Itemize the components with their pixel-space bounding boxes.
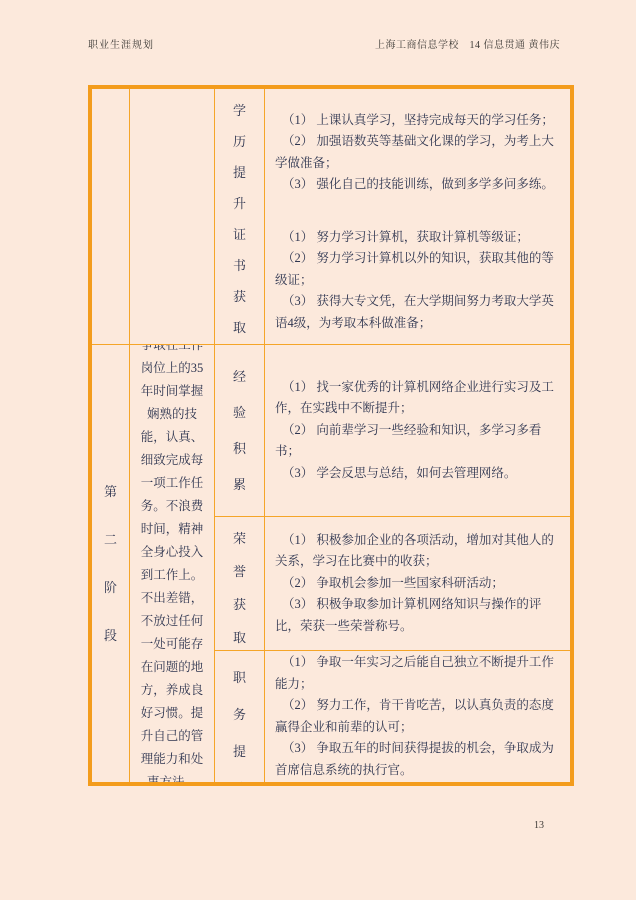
education-certificate-content: （1） 上课认真学习，坚持完成每天的学习任务； （2） 加强语数英等基础文化课的… (265, 89, 570, 345)
honors-item-2: （2） 争取机会参加一些国家科研活动； (275, 573, 562, 595)
experience-item-2: （2） 向前辈学习一些经验和知识，多学习多看书； (275, 420, 562, 463)
career-plan-table: 学历提升证书获取 （1） 上课认真学习，坚持完成每天的学习任务； （2） 加强语… (88, 85, 574, 786)
honors-label: 荣誉获取 (232, 517, 247, 651)
promotion-label: 职务提升 (232, 651, 247, 782)
experience-label: 经验积累 (232, 345, 247, 503)
education-certificate-label: 学历提升证书获取 (232, 89, 247, 343)
row-label-education-certificate: 学历提升证书获取 (215, 89, 265, 345)
experience-item-3: （3） 学会反思与总结，如何去管理网络。 (275, 463, 562, 485)
honors-content: （1） 积极参加企业的各项活动，增加对其他人的关系，学习在比赛中的收获； （2）… (265, 517, 570, 651)
stage-label-cell: 第二阶段 (92, 345, 130, 782)
document-page: 职业生涯规划 上海工商信息学校 14 信息贯通 黄伟庆 学历提升证书获取 （1）… (0, 0, 636, 900)
certificate-items-group: （1） 努力学习计算机，获取计算机等级证； （2） 努力学习计算机以外的知识，获… (265, 217, 570, 345)
row-label-experience: 经验积累 (215, 345, 265, 517)
experience-content: （1） 找一家优秀的计算机网络企业进行实习及工作，在实践中不断提升； （2） 向… (265, 345, 570, 517)
empty-stage-cell (92, 89, 130, 345)
promotion-item-3: （3） 争取五年的时间获得提拔的机会，争取成为首席信息系统的执行官。 (275, 738, 562, 781)
empty-description-cell (130, 89, 215, 345)
page-number: 13 (534, 820, 544, 831)
certificate-item-2: （2） 努力学习计算机以外的知识，获取其他的等级证； (275, 248, 562, 291)
promotion-item-1: （1） 争取一年实习之后能自己独立不断提升工作能力； (275, 652, 562, 695)
study-item-3: （3） 强化自己的技能训练，做到多学多问多练。 (275, 174, 562, 196)
study-item-1: （1） 上课认真学习，坚持完成每天的学习任务； (275, 110, 562, 132)
promotion-content: （1） 争取一年实习之后能自己独立不断提升工作能力； （2） 努力工作，肯干肯吃… (265, 651, 570, 782)
experience-item-1: （1） 找一家优秀的计算机网络企业进行实习及工作，在实践中不断提升； (275, 377, 562, 420)
study-items-group: （1） 上课认真学习，坚持完成每天的学习任务； （2） 加强语数英等基础文化课的… (265, 89, 570, 217)
certificate-item-3: （3） 获得大专文凭，在大学期间努力考取大学英语4级，为考取本科做准备； (275, 291, 562, 334)
honors-item-3: （3） 积极争取参加计算机网络知识与操作的评比，荣获一些荣誉称号。 (275, 594, 562, 637)
header-document-title: 职业生涯规划 (88, 36, 154, 51)
header-school-author: 上海工商信息学校 14 信息贯通 黄伟庆 (375, 36, 560, 51)
stage-description: 争取在工作岗位上的35年时间掌握娴熟的技能，认真、细致完成每一项工作任务。不浪费… (137, 345, 207, 782)
stage-description-cell: 争取在工作岗位上的35年时间掌握娴熟的技能，认真、细致完成每一项工作任务。不浪费… (130, 345, 215, 782)
promotion-item-2: （2） 努力工作，肯干肯吃苦，以认真负责的态度赢得企业和前辈的认可； (275, 695, 562, 738)
certificate-item-1: （1） 努力学习计算机，获取计算机等级证； (275, 227, 562, 249)
row-label-honors: 荣誉获取 (215, 517, 265, 651)
study-item-2: （2） 加强语数英等基础文化课的学习，为考上大学做准备； (275, 131, 562, 174)
honors-item-1: （1） 积极参加企业的各项活动，增加对其他人的关系，学习在比赛中的收获； (275, 530, 562, 573)
row-label-promotion: 职务提升 (215, 651, 265, 782)
stage-label: 第二阶段 (103, 468, 118, 660)
